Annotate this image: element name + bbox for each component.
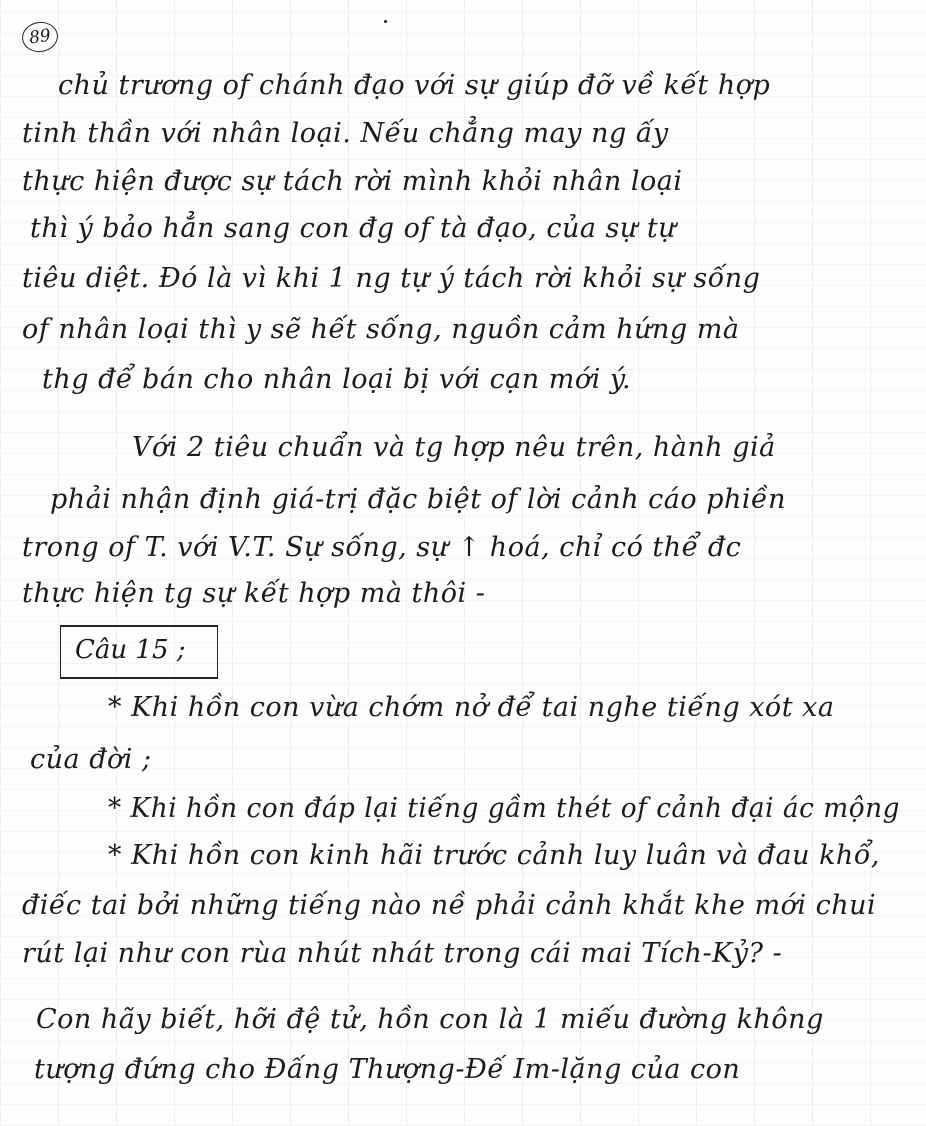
text-line: điếc tai bởi những tiếng nào nề phải cản… <box>22 890 876 921</box>
text-line: tiêu diệt. Đó là vì khi 1 ng tự ý tách r… <box>22 263 760 294</box>
text-line: of nhân loại thì y sẽ hết sống, nguồn cả… <box>22 314 739 345</box>
text-line: tượng đứng cho Đấng Thượng-Đế Im-lặng củ… <box>34 1054 740 1085</box>
text-line: Với 2 tiêu chuẩn và tg hợp nêu trên, hàn… <box>132 432 776 463</box>
text-line: thực hiện được sự tách rời mình khỏi nhâ… <box>22 166 682 197</box>
text-line: * Khi hồn con kinh hãi trước cảnh luy lu… <box>108 840 880 871</box>
manuscript-page: 89 chủ trương of chánh đạo với sự giúp đ… <box>0 0 926 1126</box>
text-line: * Khi hồn con đáp lại tiếng gầm thét of … <box>108 793 900 824</box>
text-line: thì ý bảo hẳn sang con đg of tà đạo, của… <box>30 213 676 244</box>
text-line: thực hiện tg sự kết hợp mà thôi - <box>22 578 485 609</box>
text-line: rút lại như con rùa nhút nhát trong cái … <box>22 938 782 969</box>
text-line: phải nhận định giá-trị đặc biệt of lời c… <box>50 484 786 515</box>
text-line: * Khi hồn con vừa chớm nở để tai nghe ti… <box>108 692 834 723</box>
page-number-circle: 89 <box>20 20 60 55</box>
text-line: trong of T. với V.T. Sự sống, sự ↑ hoá, … <box>22 532 741 563</box>
section-heading: Câu 15 ; <box>75 635 186 665</box>
text-line: thg để bán cho nhân loại bị với cạn mới … <box>42 364 631 395</box>
section-heading-box: Câu 15 ; <box>60 625 218 679</box>
ink-dot <box>384 20 387 23</box>
text-line: chủ trương of chánh đạo với sự giúp đỡ v… <box>58 70 770 101</box>
text-line: Con hãy biết, hỡi đệ tử, hồn con là 1 mi… <box>36 1004 824 1035</box>
text-line: của đời ; <box>30 744 152 775</box>
text-line: tinh thần với nhân loại. Nếu chẳng may n… <box>22 118 669 149</box>
page-number: 89 <box>28 26 52 49</box>
